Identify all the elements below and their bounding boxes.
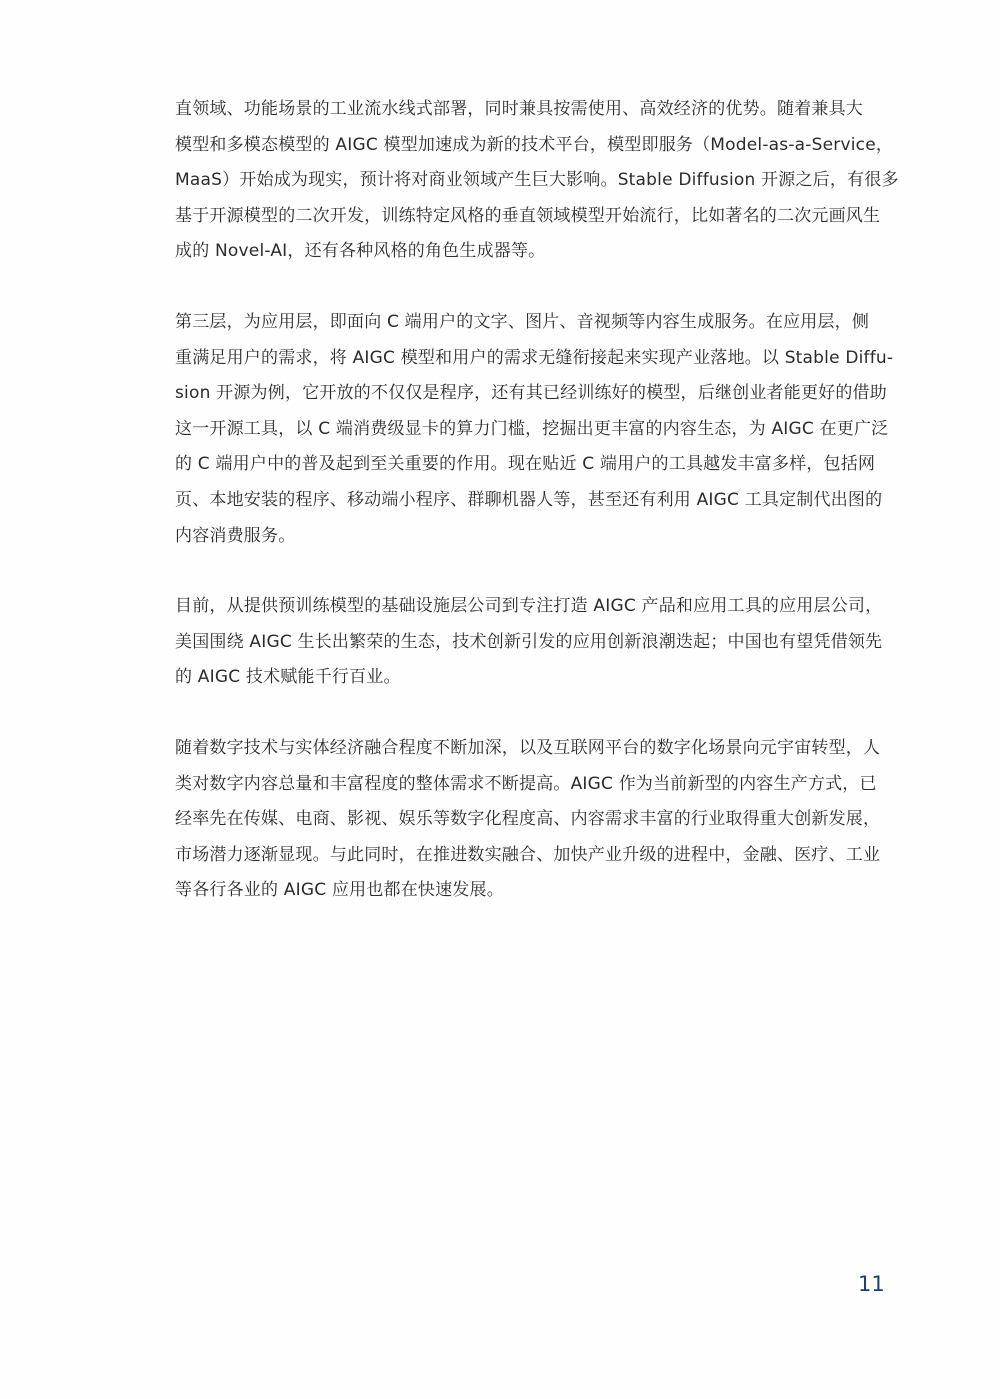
text-line: 类对数字内容总量和丰富程度的整体需求不断提高。AIGC 作为当前新型的内容生产方… (175, 767, 910, 803)
paragraph-4: 随着数字技术与实体经济融合程度不断加深，以及互联网平台的数字化场景向元宇宙转型，… (175, 731, 910, 909)
text-line: 成的 Novel-AI，还有各种风格的角色生成器等。 (175, 234, 910, 270)
body-text: 直领域、功能场景的工业流水线式部署，同时兼具按需使用、高效经济的优势。随着兼具大… (175, 92, 910, 909)
text-line: 页、本地安装的程序、移动端小程序、群聊机器人等，甚至还有利用 AIGC 工具定制… (175, 483, 910, 519)
text-line: 内容消费服务。 (175, 519, 910, 555)
text-line: 等各行各业的 AIGC 应用也都在快速发展。 (175, 873, 910, 909)
page-number: 11 (858, 1272, 885, 1296)
text-line: 这一开源工具，以 C 端消费级显卡的算力门槛，挖掘出更丰富的内容生态，为 AIG… (175, 412, 910, 448)
text-line: 重满足用户的需求，将 AIGC 模型和用户的需求无缝衔接起来实现产业落地。以 S… (175, 341, 910, 377)
paragraph-1: 直领域、功能场景的工业流水线式部署，同时兼具按需使用、高效经济的优势。随着兼具大… (175, 92, 910, 270)
text-line: 的 C 端用户中的普及起到至关重要的作用。现在贴近 C 端用户的工具越发丰富多样… (175, 447, 910, 483)
text-line: 直领域、功能场景的工业流水线式部署，同时兼具按需使用、高效经济的优势。随着兼具大 (175, 92, 910, 128)
paragraph-2: 第三层，为应用层，即面向 C 端用户的文字、图片、音视频等内容生成服务。在应用层… (175, 305, 910, 554)
text-line: 市场潜力逐渐显现。与此同时，在推进数实融合、加快产业升级的进程中，金融、医疗、工… (175, 838, 910, 874)
text-line: 的 AIGC 技术赋能千行百业。 (175, 660, 910, 696)
text-line: 第三层，为应用层，即面向 C 端用户的文字、图片、音视频等内容生成服务。在应用层… (175, 305, 910, 341)
document-page: 直领域、功能场景的工业流水线式部署，同时兼具按需使用、高效经济的优势。随着兼具大… (0, 0, 1000, 1399)
text-line: 模型和多模态模型的 AIGC 模型加速成为新的技术平台，模型即服务（Model-… (175, 128, 910, 164)
text-line: sion 开源为例，它开放的不仅仅是程序，还有其已经训练好的模型，后继创业者能更… (175, 376, 910, 412)
text-line: 美国围绕 AIGC 生长出繁荣的生态，技术创新引发的应用创新浪潮迭起；中国也有望… (175, 625, 910, 661)
text-line: 随着数字技术与实体经济融合程度不断加深，以及互联网平台的数字化场景向元宇宙转型，… (175, 731, 910, 767)
text-line: 基于开源模型的二次开发，训练特定风格的垂直领域模型开始流行，比如著名的二次元画风… (175, 199, 910, 235)
text-line: MaaS）开始成为现实，预计将对商业领域产生巨大影响。Stable Diffus… (175, 163, 910, 199)
text-line: 目前，从提供预训练模型的基础设施层公司到专注打造 AIGC 产品和应用工具的应用… (175, 589, 910, 625)
text-line: 经率先在传媒、电商、影视、娱乐等数字化程度高、内容需求丰富的行业取得重大创新发展… (175, 802, 910, 838)
paragraph-3: 目前，从提供预训练模型的基础设施层公司到专注打造 AIGC 产品和应用工具的应用… (175, 589, 910, 696)
